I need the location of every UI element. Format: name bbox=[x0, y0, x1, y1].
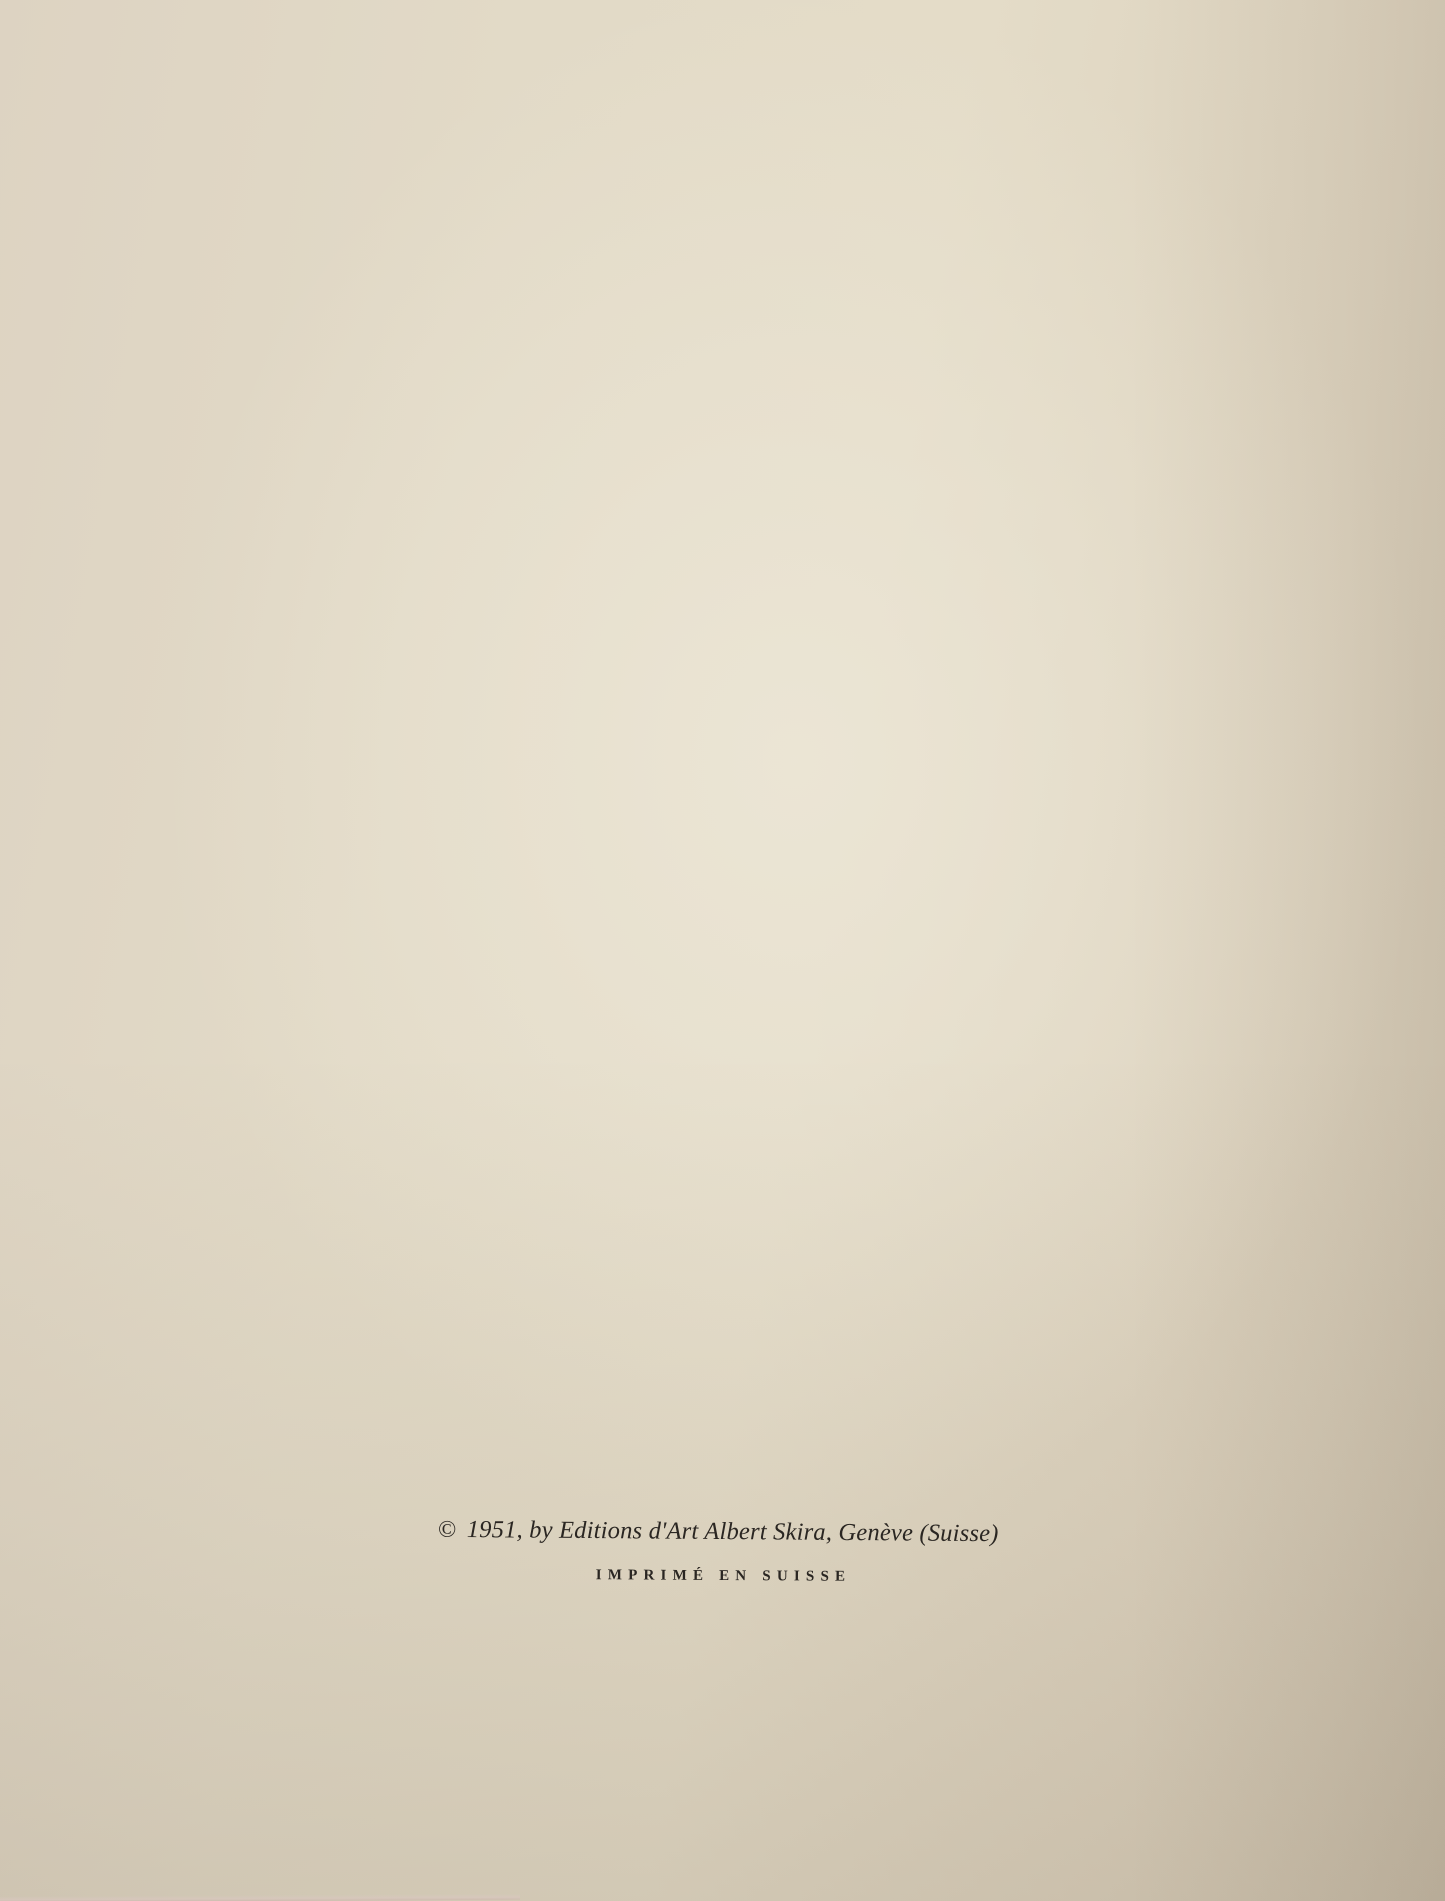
colophon: © 1951, by Editions d'Art Albert Skira, … bbox=[0, 1518, 1445, 1585]
page-bottom-edge bbox=[0, 1894, 520, 1901]
copyright-notice: © 1951, by Editions d'Art Albert Skira, … bbox=[438, 1516, 999, 1548]
copyright-text: 1951, by Editions d'Art Albert Skira, Ge… bbox=[467, 1516, 999, 1547]
printed-in-notice: IMPRIMÉ EN SUISSE bbox=[2, 1564, 1445, 1590]
book-page: © 1951, by Editions d'Art Albert Skira, … bbox=[0, 0, 1445, 1901]
copyright-icon: © bbox=[438, 1517, 457, 1543]
